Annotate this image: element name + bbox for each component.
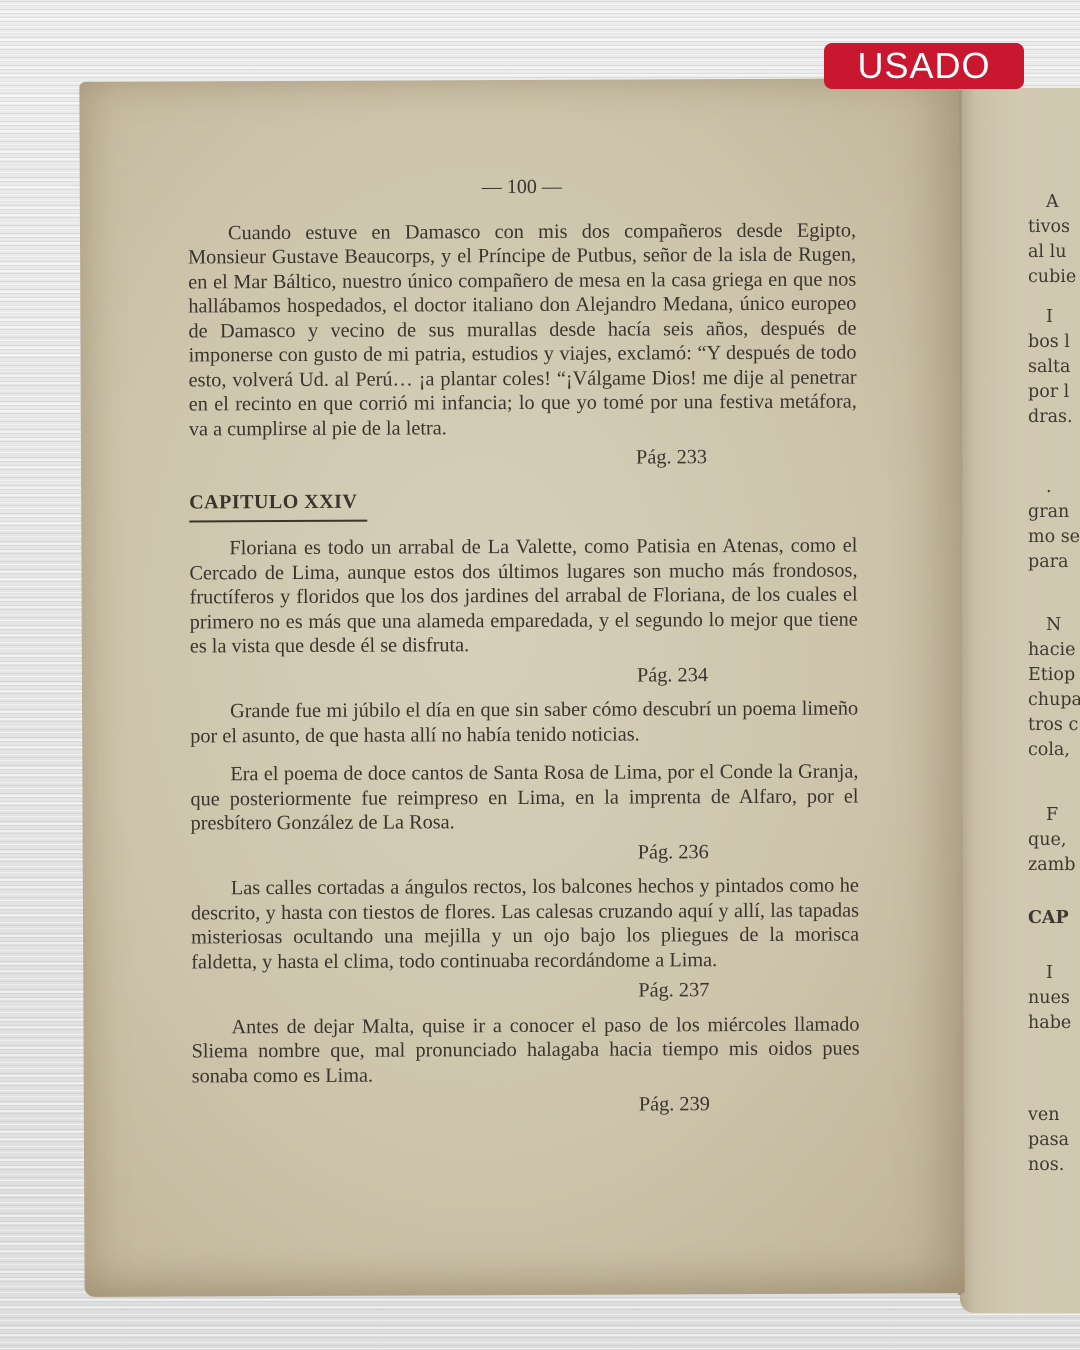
left-page: — 100 — Cuando estuve en Damasco con mis… bbox=[79, 78, 964, 1297]
page-reference: Pág. 233 bbox=[189, 445, 857, 472]
page-reference: Pág. 234 bbox=[190, 662, 858, 689]
right-page-line: gran bbox=[1028, 500, 1080, 525]
right-page-line: salta bbox=[1028, 355, 1080, 380]
page-content: — 100 — Cuando estuve en Damasco con mis… bbox=[188, 174, 860, 1129]
paragraph: Era el poema de doce cantos de Santa Ros… bbox=[190, 760, 858, 836]
chapter-heading: CAPITULO XXIV bbox=[189, 489, 367, 522]
right-page-line: habe bbox=[1028, 1011, 1080, 1036]
paragraph: Grande fue mi júbilo el día en que sin s… bbox=[190, 697, 858, 749]
used-condition-badge: USADO bbox=[824, 43, 1024, 89]
right-page-line: tivos bbox=[1028, 215, 1080, 240]
paragraph: Floriana es todo un arrabal de La Valett… bbox=[189, 534, 858, 659]
right-page-line: . bbox=[1028, 475, 1080, 500]
page-number: — 100 — bbox=[188, 174, 856, 201]
right-page-line: que, bbox=[1028, 828, 1080, 853]
page-reference: Pág. 236 bbox=[191, 839, 859, 866]
right-page-line: nues bbox=[1028, 986, 1080, 1011]
right-page-line: dras. bbox=[1028, 405, 1080, 430]
page-reference: Pág. 237 bbox=[191, 978, 859, 1005]
right-page-line: cola, bbox=[1028, 738, 1080, 763]
paragraph: Cuando estuve en Damasco con mis dos com… bbox=[188, 218, 857, 441]
paragraph: Las calles cortadas a ángulos rectos, lo… bbox=[191, 874, 859, 975]
right-page-line: hacie bbox=[1028, 638, 1080, 663]
right-page-line: N bbox=[1028, 613, 1080, 638]
right-page-line: tros c bbox=[1028, 713, 1080, 738]
right-page-line: F bbox=[1028, 803, 1080, 828]
right-page-line: para bbox=[1028, 550, 1080, 575]
right-page-line: cubie bbox=[1028, 265, 1080, 290]
right-page-line: nos. bbox=[1028, 1153, 1080, 1178]
right-page-line: zamb bbox=[1028, 853, 1080, 878]
right-page-line: mo se bbox=[1028, 525, 1080, 550]
right-page-line: al lu bbox=[1028, 240, 1080, 265]
right-page-line: ven bbox=[1028, 1103, 1080, 1128]
right-page-line: bos l bbox=[1028, 330, 1080, 355]
right-page-line: pasa bbox=[1028, 1128, 1080, 1153]
right-page-line: A bbox=[1028, 190, 1080, 215]
right-page-line: Etiop bbox=[1028, 663, 1080, 688]
right-page-line: I bbox=[1028, 961, 1080, 986]
page-reference: Pág. 239 bbox=[192, 1092, 860, 1119]
paragraph: Antes de dejar Malta, quise ir a conocer… bbox=[191, 1012, 859, 1088]
right-page-line: CAP bbox=[1028, 906, 1080, 931]
right-page-line: chupa bbox=[1028, 688, 1080, 713]
right-page-line: por l bbox=[1028, 380, 1080, 405]
right-page-line: I bbox=[1028, 305, 1080, 330]
